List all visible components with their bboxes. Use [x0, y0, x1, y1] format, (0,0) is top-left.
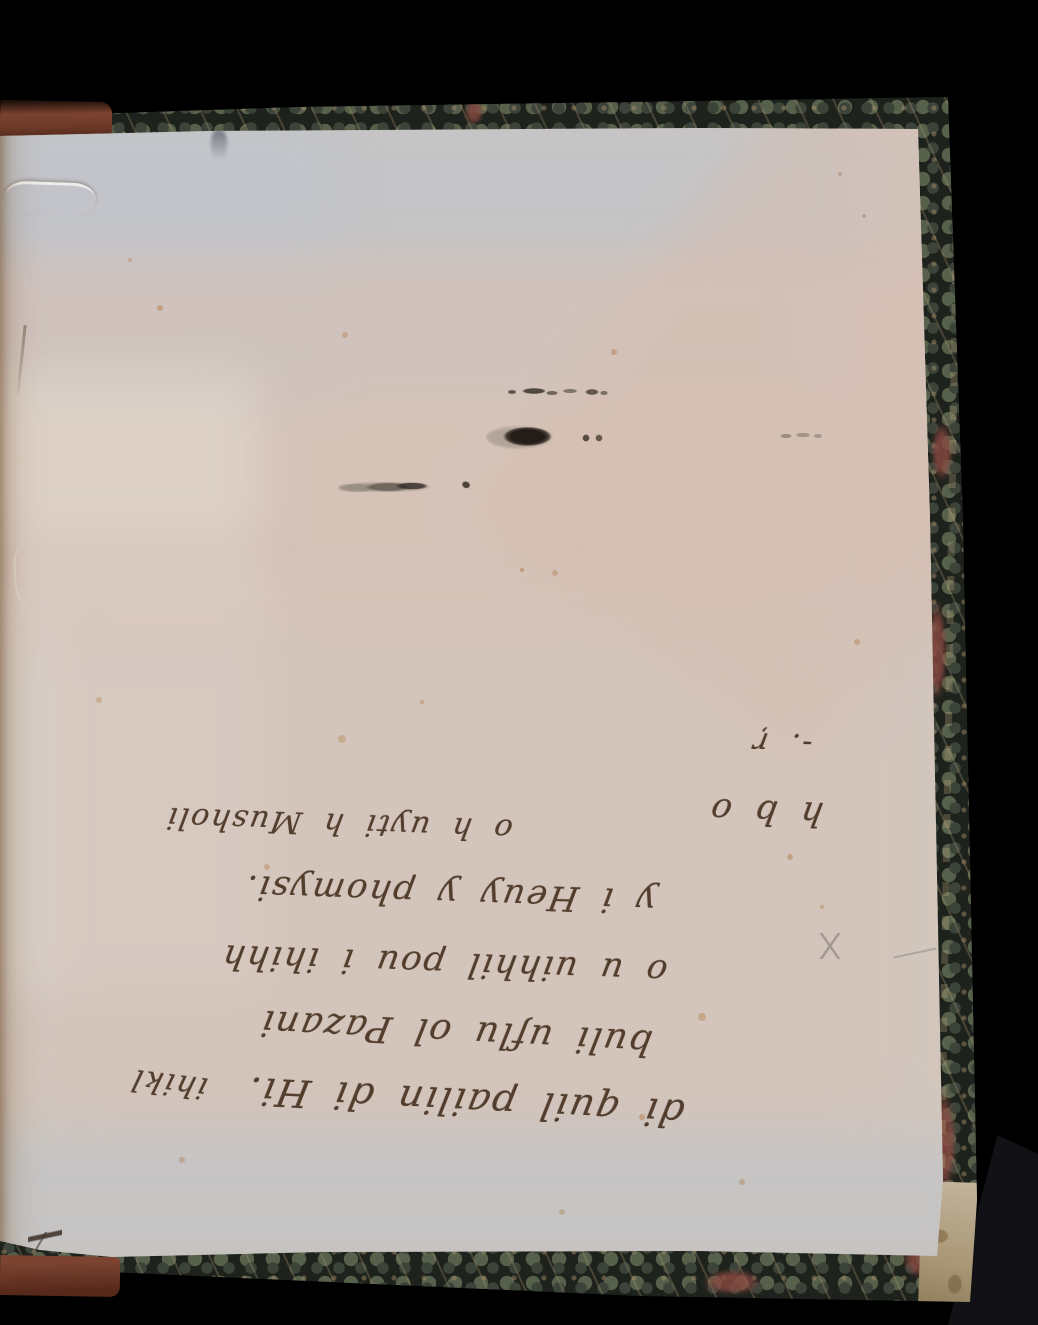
leather-spine-strip-bottom	[0, 1255, 120, 1297]
burned-page-edges	[0, 0, 1038, 1325]
endpaper-page: -. ŗh b oo h uyti h Musholiy i Heuy y ph…	[0, 0, 1038, 1325]
foxing-spots	[0, 0, 4, 4]
scan-background: -. ŗh b oo h uyti h Musholiy i Heuy y ph…	[0, 0, 1038, 1325]
marble-red-accent	[700, 1268, 764, 1296]
marble-red-accent	[464, 98, 484, 126]
